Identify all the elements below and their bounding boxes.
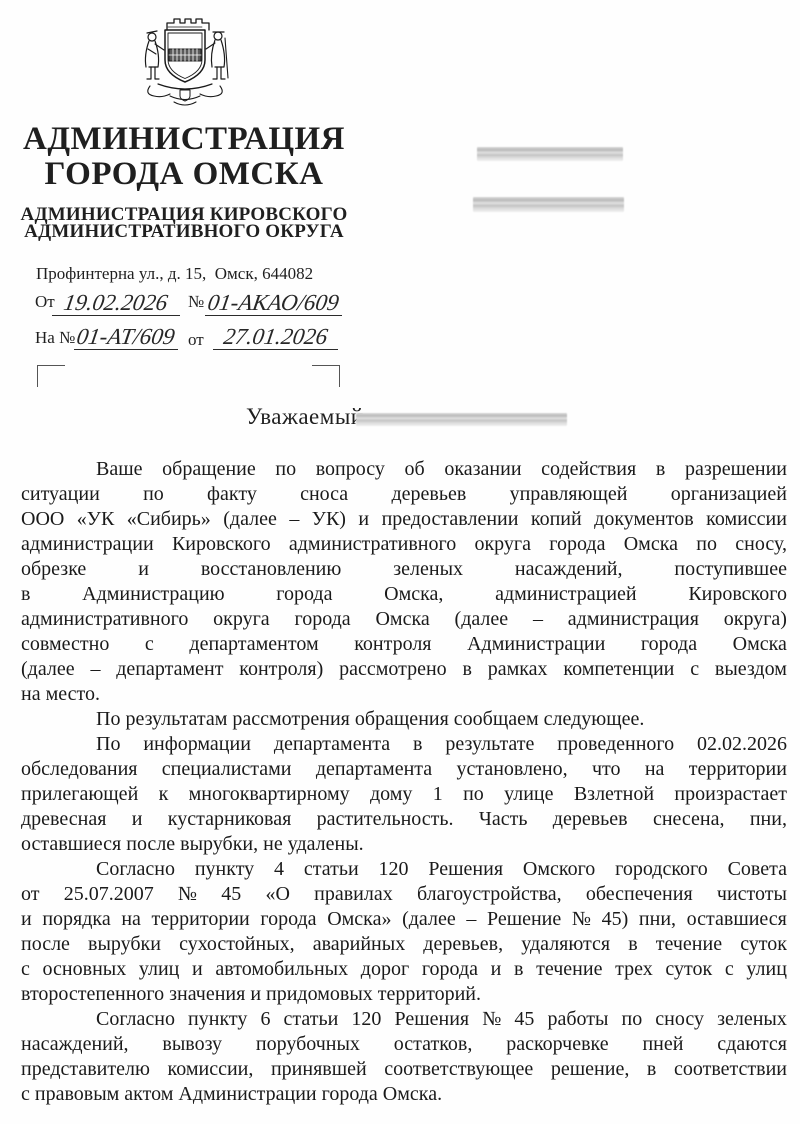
postal-address: Профинтерна ул., д. 15, Омск, 644082 <box>36 264 313 284</box>
division-name-line2: АДМИНИСТРАТИВНОГО ОКРУГА <box>18 223 350 240</box>
body-line: представителюкомиссии,принявшейсоответст… <box>21 1058 787 1083</box>
redaction-bar-recipient-1 <box>477 147 623 161</box>
body-line: второстепенного значения и придомовых те… <box>21 983 787 1008</box>
body-line: административногоокругагородаОмска(далее… <box>21 608 787 633</box>
from-date-field: 19.02.2026 <box>52 287 180 316</box>
reply-date-field: 27.01.2026 <box>213 321 338 350</box>
division-name: АДМИНИСТРАЦИЯ КИРОВСКОГО АДМИНИСТРАТИВНО… <box>18 206 350 240</box>
body-line: послевырубкисухостойных,аварийныхдеревье… <box>21 933 787 958</box>
body-line: на место. <box>21 683 787 708</box>
body-line: сосновныхулициавтомобильныхдороггородаив… <box>21 958 787 983</box>
salutation-greeting: Уважаемый <box>246 404 364 430</box>
reply-number-handwritten: 01-АТ/609 <box>75 324 176 349</box>
letter-body: Вашеобращениеповопросуобоказаниисодейств… <box>21 458 787 1108</box>
number-label: № <box>188 292 204 312</box>
organization-name: АДМИНИСТРАЦИЯ ГОРОДА ОМСКА <box>18 122 350 192</box>
body-line: древеснаяикустарниковаярастительность.Ча… <box>21 808 787 833</box>
body-line: Поинформациидепартаментаврезультатепрове… <box>21 733 787 758</box>
body-line: вАдминистрациюгородаОмска,администрацией… <box>21 583 787 608</box>
letter-page: АДМИНИСТРАЦИЯ ГОРОДА ОМСКА АДМИНИСТРАЦИЯ… <box>0 0 800 1124</box>
body-line: совместносдепартаментомконтроляАдминистр… <box>21 633 787 658</box>
body-line: оставшиеся после вырубки, не удалены. <box>21 833 787 858</box>
outgoing-number-field: 01-АКАО/609 <box>205 287 342 316</box>
body-line: насаждений,вывозупорубочныхостатков,раск… <box>21 1033 787 1058</box>
reply-label: На № <box>35 328 75 348</box>
body-line: обследованияспециалистамидепартаментауст… <box>21 758 787 783</box>
redaction-bar-addressee-name <box>356 413 567 426</box>
reply-date-handwritten: 27.01.2026 <box>222 324 329 349</box>
addressee-corner-mark-right <box>312 365 340 387</box>
body-line: (далее–департаментконтроля)рассмотреновр… <box>21 658 787 683</box>
body-line: ситуациипофактусносадеревьевуправляющейо… <box>21 483 787 508</box>
body-line: с правовым актом Администрации города Ом… <box>21 1083 787 1108</box>
body-line: от25.07.2007№45«Оправилахблагоустройства… <box>21 883 787 908</box>
body-line: Согласнопункту6статьи120Решения№45работы… <box>21 1008 787 1033</box>
body-line: Согласнопункту4статьи120РешенияОмскогого… <box>21 858 787 883</box>
body-line: Вашеобращениеповопросуобоказаниисодейств… <box>21 458 787 483</box>
reply-number-field: 01-АТ/609 <box>74 321 178 350</box>
body-line: прилегающейкмногоквартирномудому1поулице… <box>21 783 787 808</box>
body-line: обрезкеивосстановлениюзеленыхнасаждений,… <box>21 558 787 583</box>
body-line: По результатам рассмотрения обращения со… <box>21 708 787 733</box>
redaction-bar-recipient-2 <box>473 197 624 212</box>
reply-date-label: от <box>188 330 204 350</box>
organization-name-line2: ГОРОДА ОМСКА <box>18 157 350 192</box>
addressee-corner-mark-left <box>37 365 65 387</box>
body-line: ипорядканатерриториигородаОмска»(далее–Р… <box>21 908 787 933</box>
omsk-coat-of-arms-icon <box>128 16 242 112</box>
body-line: администрацииКировскогоадминистративного… <box>21 533 787 558</box>
body-line: ООО«УК«Сибирь»(далее–УК)ипредоставлениик… <box>21 508 787 533</box>
outgoing-number-handwritten: 01-АКАО/609 <box>206 290 341 315</box>
organization-name-line1: АДМИНИСТРАЦИЯ <box>18 122 350 157</box>
from-date-handwritten: 19.02.2026 <box>62 290 169 315</box>
